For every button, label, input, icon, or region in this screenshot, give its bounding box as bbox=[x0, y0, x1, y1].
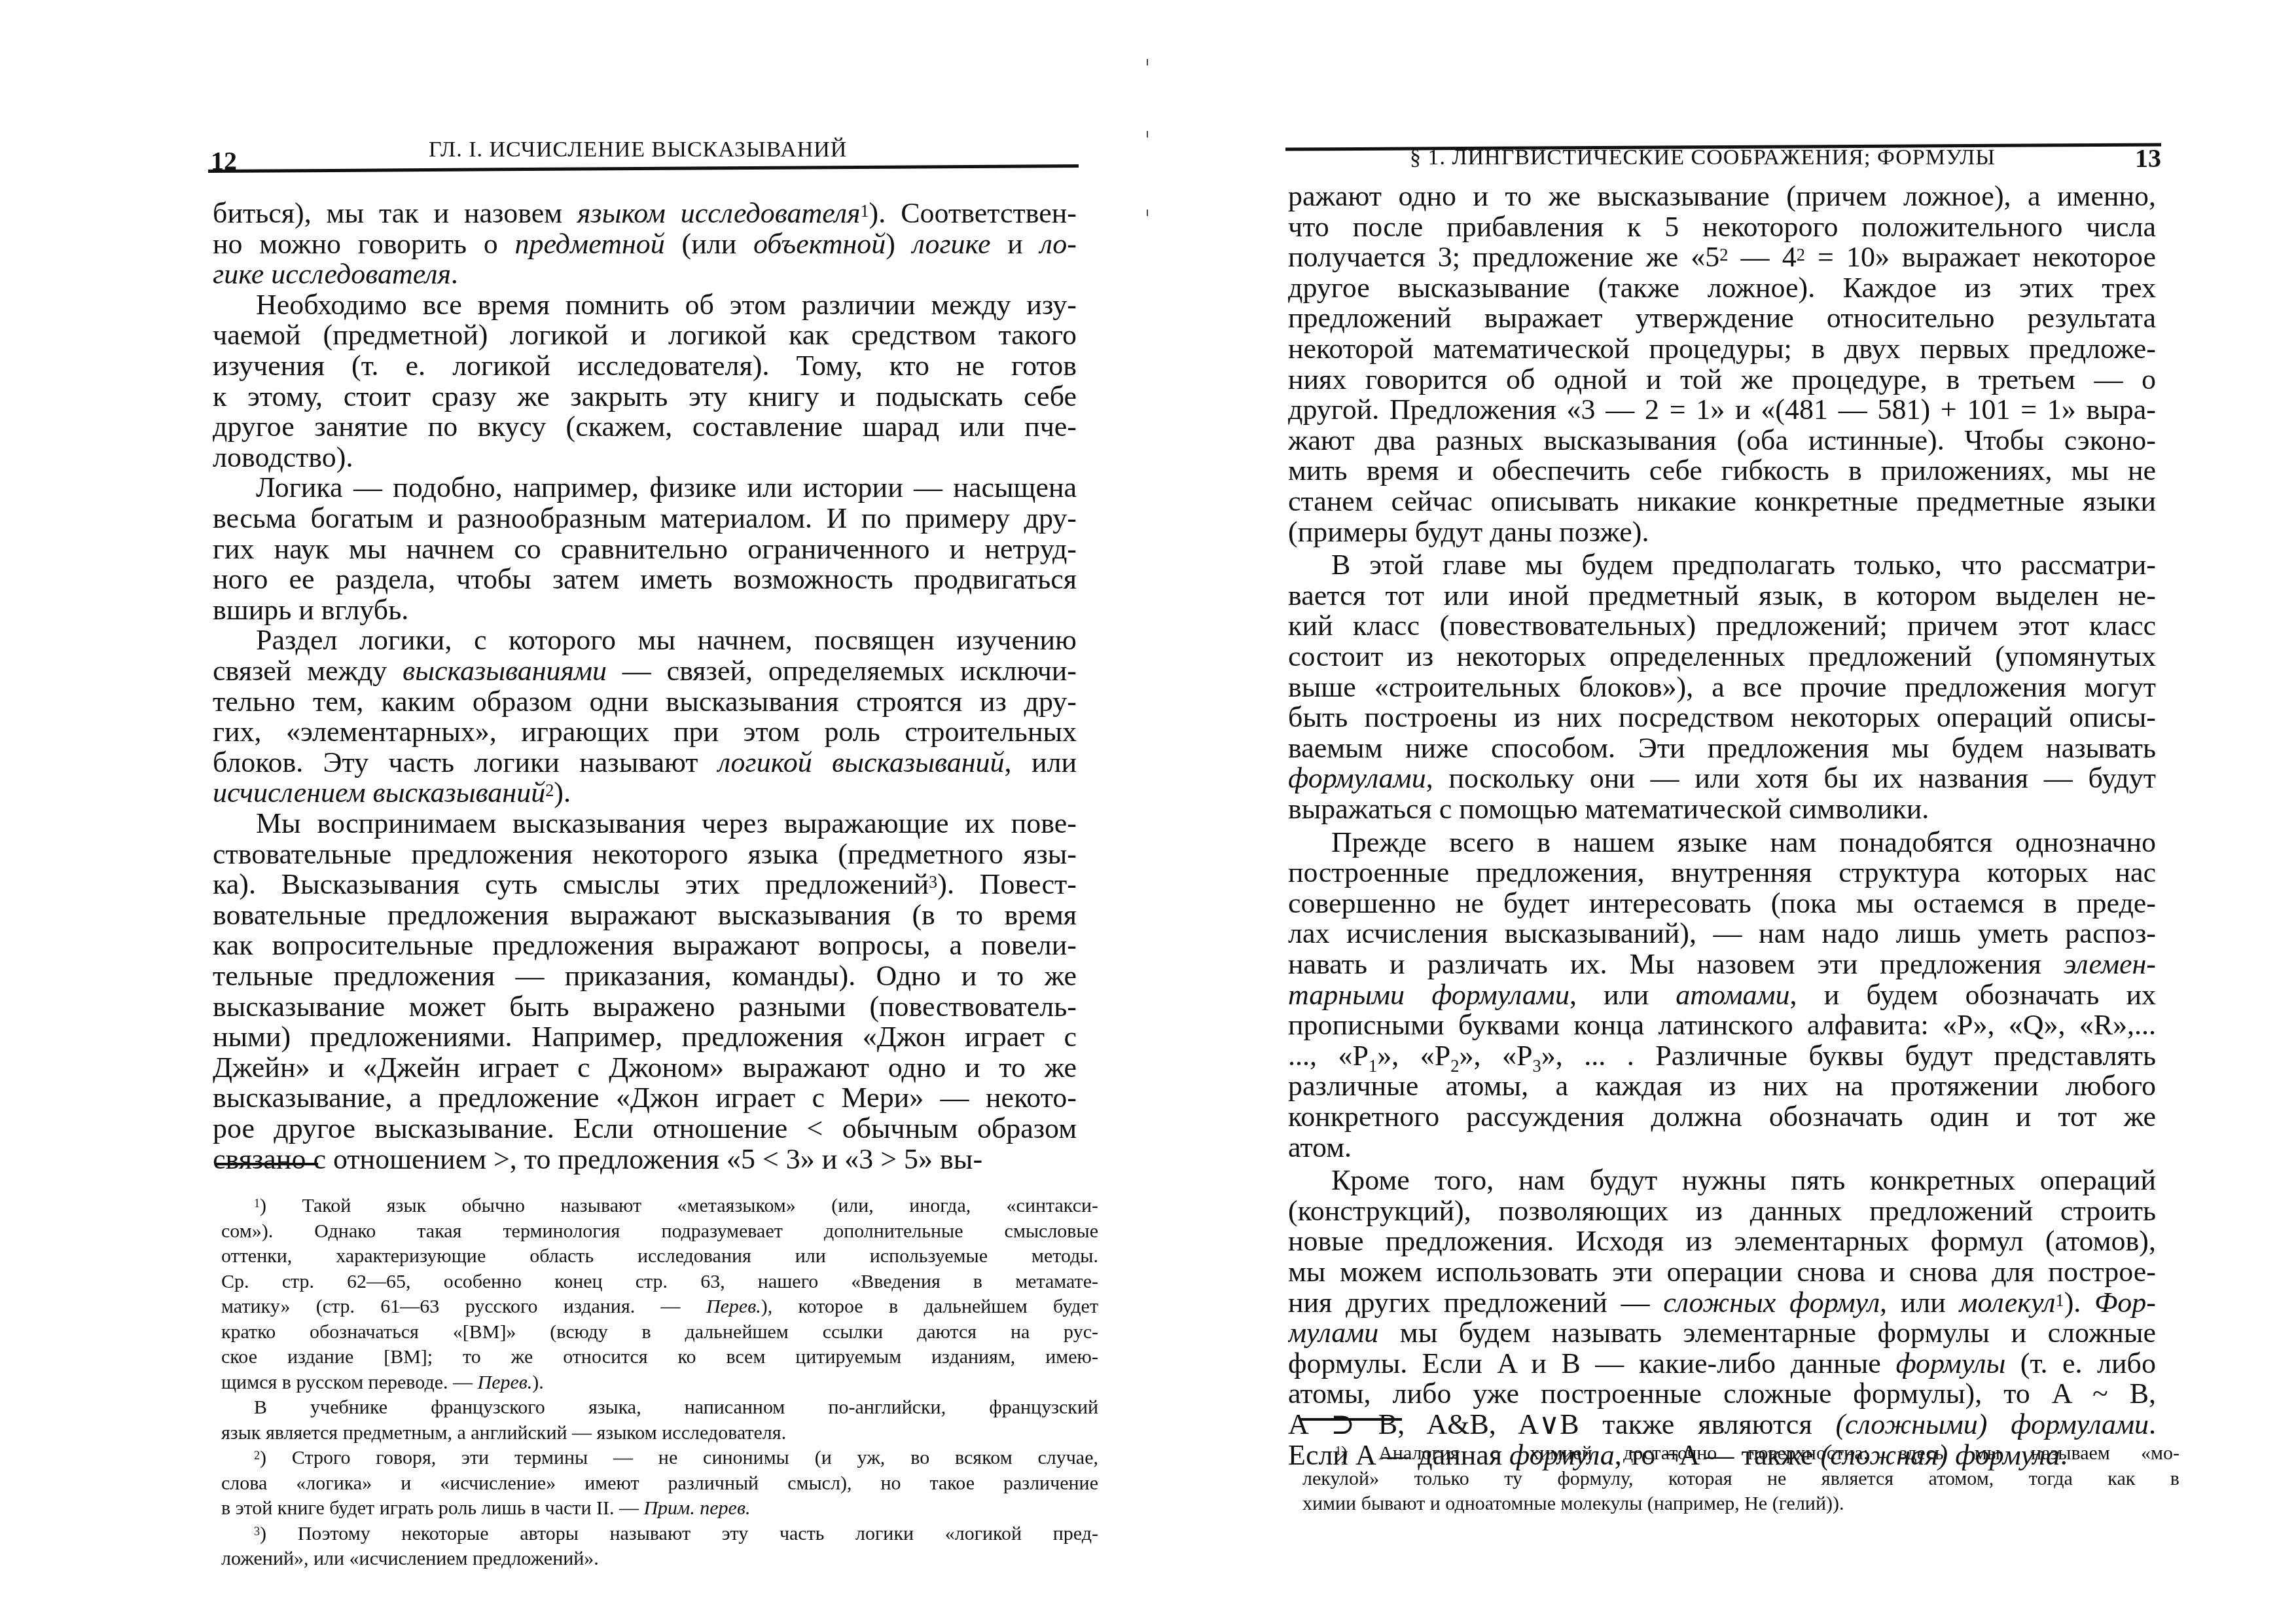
footnote-line: Ср. стр. 62—65, особенно конец стр. 63, … bbox=[221, 1269, 1098, 1296]
footnote-line: В учебнике французского языка, написанно… bbox=[254, 1395, 1098, 1422]
footnote-line: щимся в русском переводе. — Перев.). bbox=[221, 1370, 1098, 1397]
left-page-12: 12 ГЛ. I. ИСЧИСЛЕНИЕ ВЫСКАЗЫВАНИЙ биться… bbox=[0, 0, 1148, 1623]
right-page-13: § 1. ЛИНГВИСТИЧЕСКИЕ СООБРАЖЕНИЯ; ФОРМУЛ… bbox=[1148, 0, 2296, 1623]
footnote-line: оттенки, характеризующие область исследо… bbox=[221, 1243, 1098, 1271]
footnote-line: 1) Аналогия с химией достаточно поверхно… bbox=[1335, 1440, 2179, 1468]
text-line: связано с отношением >, то предложения «… bbox=[213, 1140, 1077, 1180]
footnote-line: 3) Поэтому некоторые авторы называют эту… bbox=[254, 1521, 1098, 1548]
gutter-speck bbox=[1147, 210, 1148, 216]
footnote-line: 2) Строго говоря, эти термины — не синон… bbox=[254, 1445, 1098, 1472]
footnote-line: кратко обозначаться «[ВМ]» (всюду в даль… bbox=[221, 1319, 1098, 1347]
running-head: ГЛ. I. ИСЧИСЛЕНИЕ ВЫСКАЗЫВАНИЙ bbox=[429, 137, 847, 162]
footnote-line: слова «логика» и «исчисление» имеют разл… bbox=[221, 1470, 1098, 1498]
footnote-rule bbox=[216, 1163, 318, 1165]
footnote-line: матику» (стр. 61—63 русского издания. — … bbox=[221, 1294, 1098, 1321]
footnote-line: химии бывают и одноатомные молекулы (нап… bbox=[1302, 1491, 2179, 1518]
page-number: 13 bbox=[2135, 143, 2161, 173]
header-rule bbox=[208, 164, 1079, 173]
gutter-speck bbox=[1147, 131, 1148, 137]
footnote-line: в этой книге будет играть роль лишь в ча… bbox=[221, 1495, 1098, 1523]
footnote-line: лекулой» только ту формулу, которая не я… bbox=[1302, 1466, 2179, 1493]
footnote-line: ложений», или «исчислением предложений». bbox=[221, 1546, 1098, 1573]
footnote-line: язык является предметным, а английский —… bbox=[221, 1420, 1098, 1448]
gutter-speck bbox=[1147, 59, 1148, 65]
footnote-line: сом»). Однако такая терминология подразу… bbox=[221, 1218, 1098, 1246]
footnote-rule bbox=[1300, 1418, 1402, 1421]
footnote-line: 1) Такой язык обычно называют «метаязыко… bbox=[254, 1193, 1098, 1220]
footnote-line: ское издание [ВМ]; то же относится ко вс… bbox=[221, 1344, 1098, 1372]
